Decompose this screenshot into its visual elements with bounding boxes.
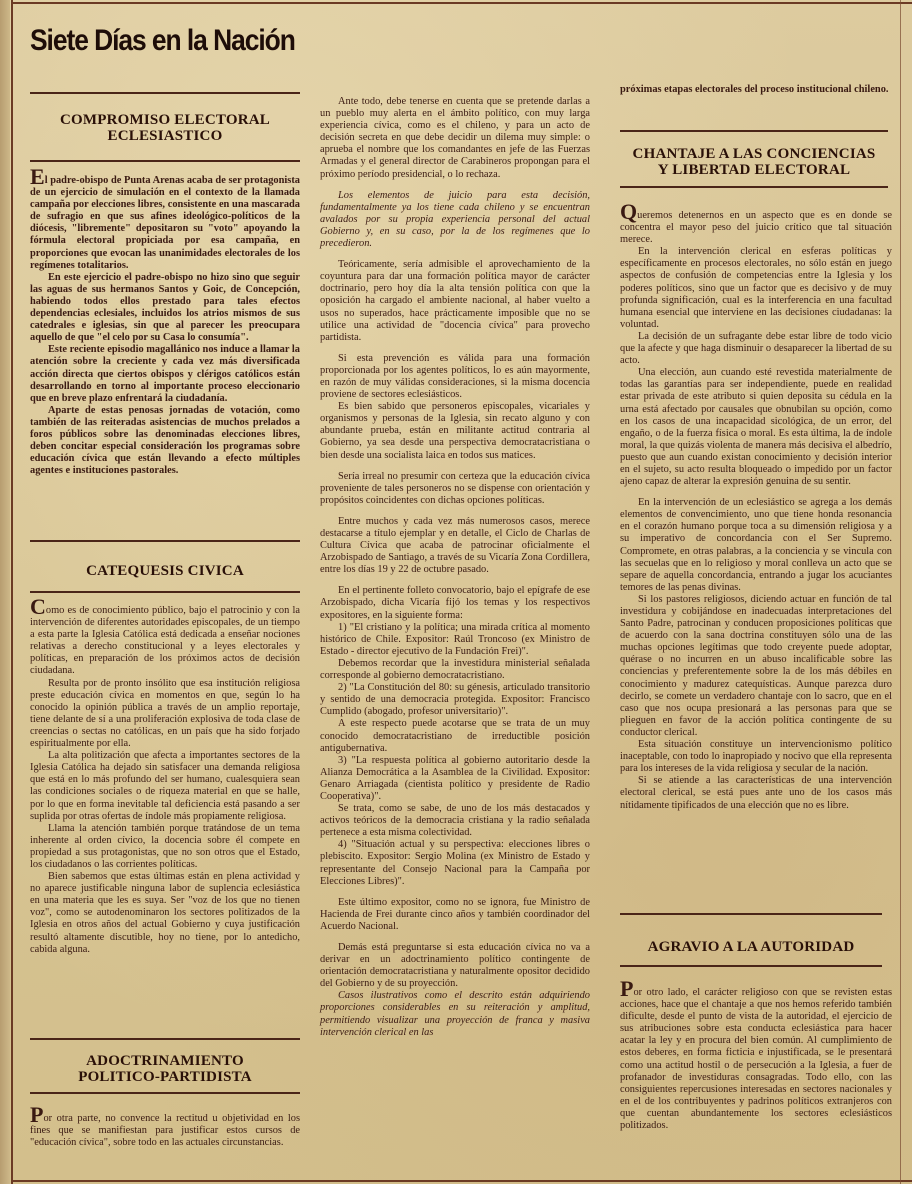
paragraph: Los elementos de juicio para esta decisi…	[320, 190, 590, 250]
paragraph: Si se atiende a las características de u…	[620, 775, 892, 811]
heading-chantaje: CHANTAJE A LAS CONCIENCIAS Y LIBERTAD EL…	[620, 146, 888, 178]
masthead-title: Siete Días en la Nación	[30, 24, 295, 58]
paragraph: Este último expositor, como no se ignora…	[320, 897, 590, 933]
paragraph: Por otro lado, el carácter religioso con…	[620, 982, 892, 1132]
paragraph: Se trata, como se sabe, de uno de los má…	[320, 803, 590, 839]
paragraph: Demás está preguntarse si esta educación…	[320, 942, 590, 990]
paragraph: Llama la atención también porque tratánd…	[30, 823, 300, 871]
heading-text-line2: Y LIBERTAD ELECTORAL	[620, 162, 888, 178]
paragraph: La alta politización que afecta a import…	[30, 750, 300, 823]
drop-cap: E	[30, 164, 45, 189]
paragraph: Aparte de estas penosas jornadas de vota…	[30, 405, 300, 478]
section-rule	[620, 965, 882, 967]
list-item: 1) "El cristiano y la política; una mira…	[320, 622, 590, 658]
article-adoctrinamiento-start: Por otra parte, no convence la rectitud …	[30, 1108, 300, 1149]
frame-border-left	[11, 0, 13, 1184]
paragraph: Entre muchos y cada vez más numerosos ca…	[320, 516, 590, 576]
paragraph: Debemos recordar que la investidura mini…	[320, 658, 590, 682]
paragraph: En este ejercicio el padre-obispo no hiz…	[30, 272, 300, 345]
frame-border-top	[11, 2, 912, 4]
heading-agravio: AGRAVIO A LA AUTORIDAD	[620, 939, 882, 955]
section-rule	[30, 540, 300, 542]
frame-border-right	[900, 0, 901, 1184]
paragraph: Resulta por de pronto insólito que esa i…	[30, 678, 300, 751]
newspaper-page: Siete Días en la Nación COMPROMISO ELECT…	[0, 0, 912, 1184]
paragraph: Por otra parte, no convence la rectitud …	[30, 1108, 300, 1149]
paragraph: Si los pastores religiosos, diciendo act…	[620, 594, 892, 739]
article-agravio: Por otro lado, el carácter religioso con…	[620, 982, 892, 1132]
section-rule	[620, 913, 882, 915]
paragraph: Si esta prevención es válida para una fo…	[320, 353, 590, 401]
paragraph: A este respecto puede acotarse que se tr…	[320, 718, 590, 754]
paragraph: Casos ilustrativos como el descrito está…	[320, 990, 590, 1038]
drop-cap: P	[620, 976, 633, 1001]
heading-text-line1: CHANTAJE A LAS CONCIENCIAS	[620, 146, 888, 162]
section-rule	[30, 1092, 300, 1094]
list-item: 2) "La Constitución del 80: su génesis, …	[320, 682, 590, 718]
paragraph: En la intervención clerical en esferas p…	[620, 246, 892, 331]
drop-cap: P	[30, 1102, 43, 1127]
heading-text: COMPROMISO ELECTORAL ECLESIASTICO	[60, 112, 270, 144]
article-compromiso: El padre-obispo de Punta Arenas acaba de…	[30, 170, 300, 477]
paragraph: Sería irreal no presumir con certeza que…	[320, 471, 590, 507]
heading-adoctrinamiento: ADOCTRINAMIENTO POLITICO-PARTIDISTA	[30, 1053, 300, 1085]
paragraph: Bien sabemos que estas últimas están en …	[30, 871, 300, 956]
section-rule	[30, 160, 300, 162]
paragraph: Esta situación constituye un intervencio…	[620, 739, 892, 775]
article-adoctrinamiento-cont: Ante todo, debe tenerse en cuenta que se…	[320, 96, 590, 1039]
paragraph: En el pertinente folleto convocatorio, b…	[320, 585, 590, 621]
heading-text: CATEQUESIS CIVICA	[86, 563, 244, 579]
paragraph: Teóricamente, sería admisible el aprovec…	[320, 259, 590, 344]
heading-compromiso: COMPROMISO ELECTORAL ECLESIASTICO	[30, 112, 300, 144]
frame-border-bottom	[11, 1180, 912, 1182]
drop-cap: Q	[620, 199, 637, 224]
paragraph: Este reciente episodio magallánico nos i…	[30, 344, 300, 404]
section-rule	[30, 591, 300, 593]
paragraph: La decisión de un sufragante debe estar …	[620, 331, 892, 367]
article-chantaje: Queremos detenernos en un aspecto que es…	[620, 205, 892, 812]
heading-catequesis: CATEQUESIS CIVICA	[30, 563, 300, 579]
heading-text: AGRAVIO A LA AUTORIDAD	[648, 939, 855, 955]
article-catequesis: Como es de conocimiento público, bajo el…	[30, 600, 300, 956]
list-item: 4) "Situación actual y su perspectiva: e…	[320, 839, 590, 887]
paragraph: Queremos detenernos en un aspecto que es…	[620, 205, 892, 246]
heading-text-line1: ADOCTRINAMIENTO	[30, 1053, 300, 1069]
list-item: 3) "La respuesta política al gobierno au…	[320, 755, 590, 803]
paragraph: Una elección, aun cuando esté revestida …	[620, 367, 892, 488]
article-adoctrinamiento-end: próximas etapas electorales del proceso …	[620, 84, 892, 96]
section-rule	[30, 1038, 300, 1040]
paragraph: En la intervención de un eclesiástico se…	[620, 497, 892, 594]
paragraph: Como es de conocimiento público, bajo el…	[30, 600, 300, 678]
paragraph: El padre-obispo de Punta Arenas acaba de…	[30, 170, 300, 272]
drop-cap: C	[30, 594, 46, 619]
section-rule	[620, 186, 888, 188]
page-edge	[0, 0, 10, 1184]
section-rule	[30, 92, 300, 94]
paragraph: Es bien sabido que personeros episcopale…	[320, 401, 590, 461]
paragraph: próximas etapas electorales del proceso …	[620, 84, 892, 96]
section-rule	[620, 130, 888, 132]
heading-text-line2: POLITICO-PARTIDISTA	[30, 1069, 300, 1085]
paragraph: Ante todo, debe tenerse en cuenta que se…	[320, 96, 590, 181]
